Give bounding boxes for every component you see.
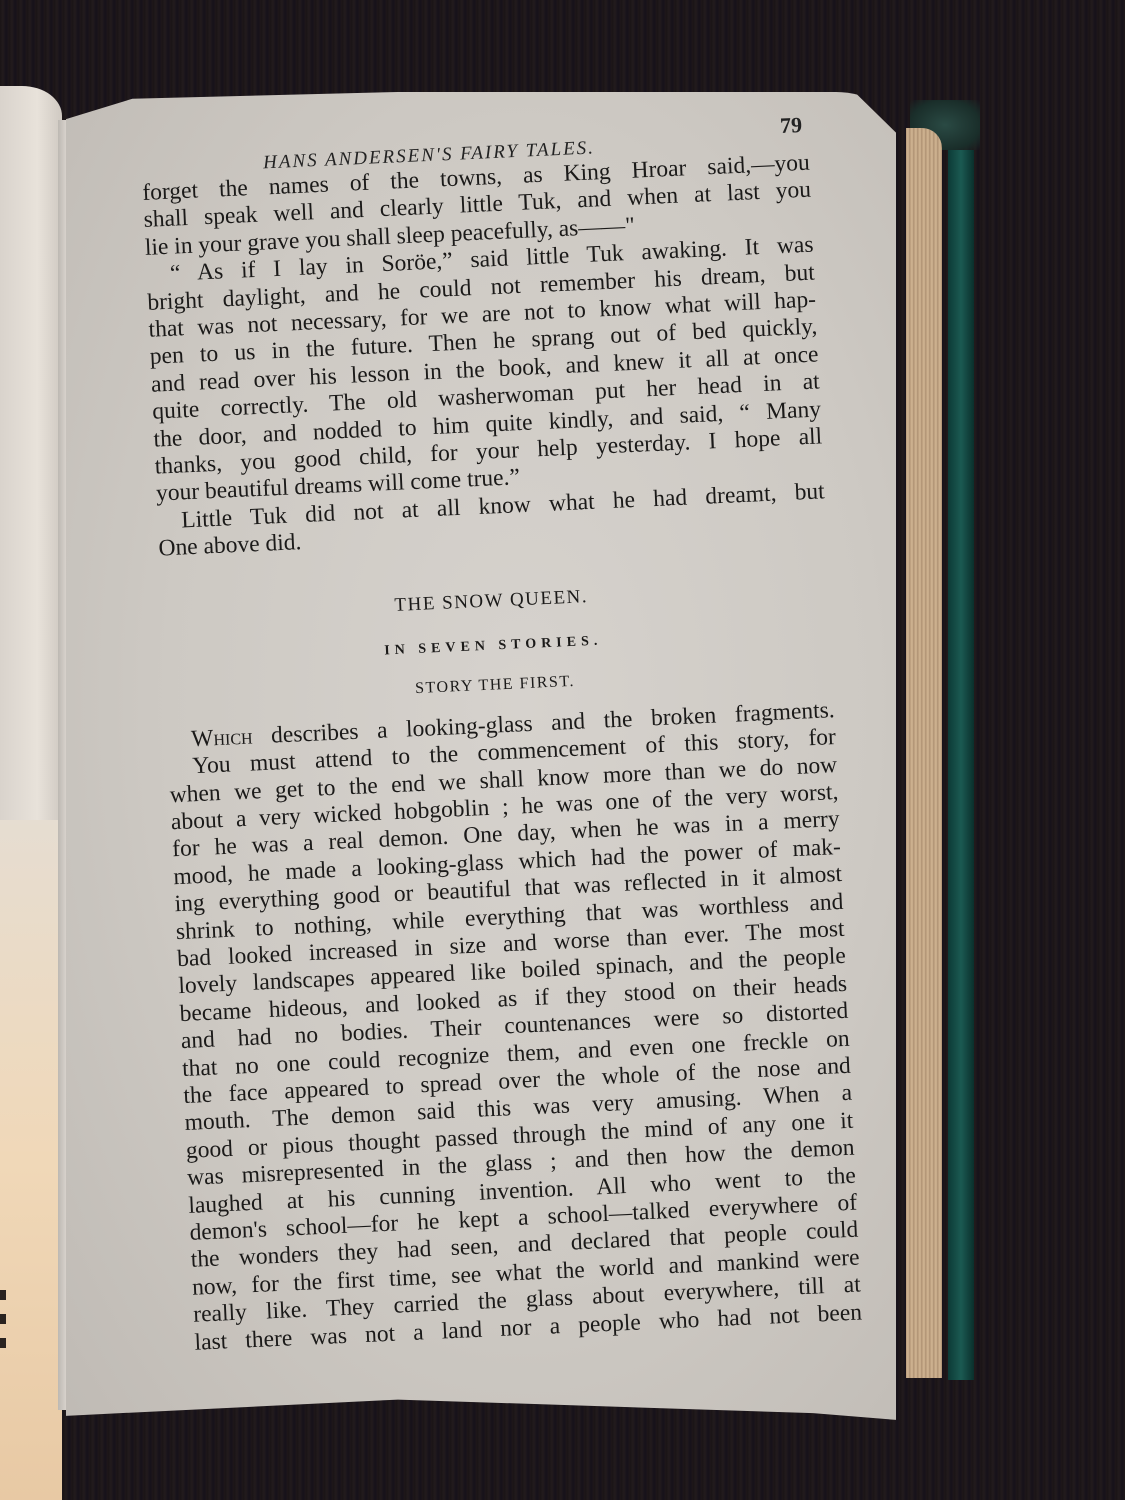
- page-number: 79: [779, 112, 802, 139]
- previous-story-ending: forget the names of the towns, as King H…: [142, 148, 859, 563]
- left-page-lower-edge: [0, 820, 62, 1500]
- book-spine: [948, 150, 974, 1380]
- left-page-print-marks: [0, 1290, 10, 1380]
- story-title: THE SNOW QUEEN.: [161, 575, 821, 627]
- story-body: You must attend to the commencement of t…: [168, 723, 895, 1357]
- story-subtitle: IN SEVEN STORIES.: [163, 623, 823, 669]
- page-text: HANS ANDERSEN'S FAIRY TALES. 79 forget t…: [140, 108, 895, 1357]
- summary-lead-word: Which: [191, 723, 253, 752]
- page-edges: [906, 128, 942, 1378]
